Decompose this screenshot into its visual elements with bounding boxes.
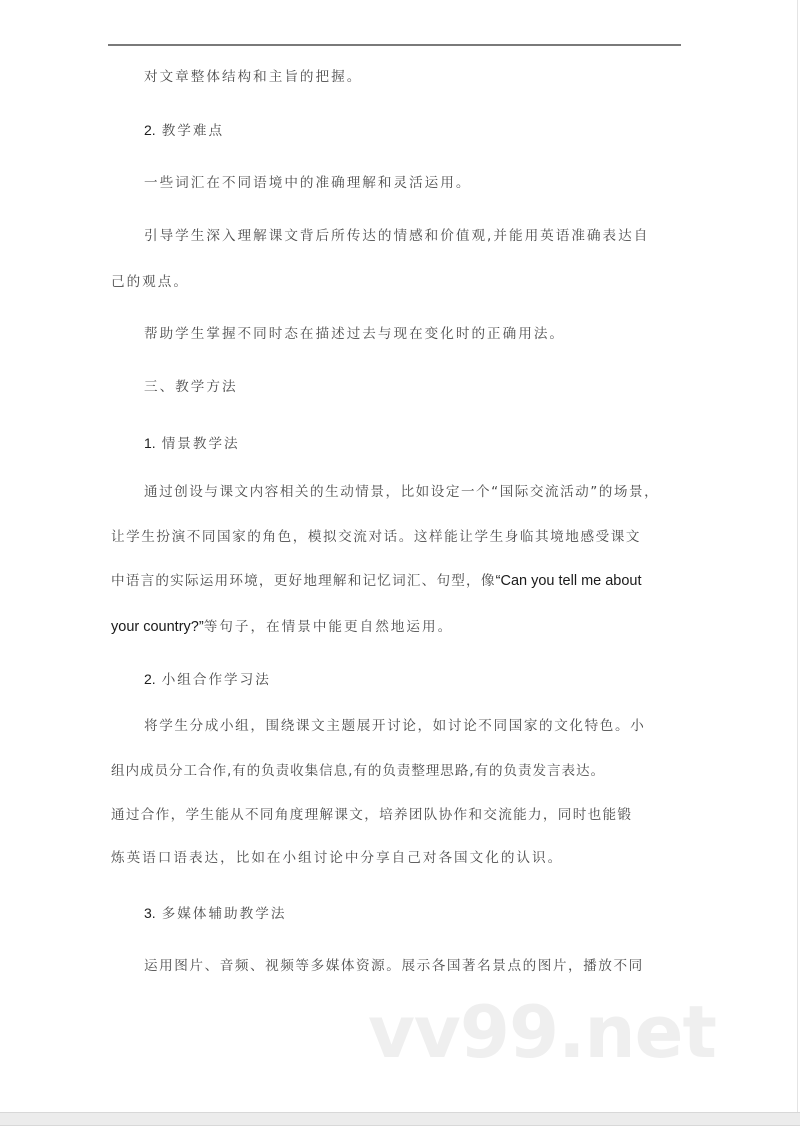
- paragraph-line: 让学生扮演不同国家的角色，模拟交流对话。这样能让学生身临其境地感受课文: [111, 527, 651, 547]
- document-page: 对文章整体结构和主旨的把握。 2.教学难点 一些词汇在不同语境中的准确理解和灵活…: [0, 0, 798, 1112]
- paragraph-line: 对文章整体结构和主旨的把握。: [144, 67, 684, 87]
- heading-number: 2.: [144, 671, 156, 687]
- heading-number: 1.: [144, 435, 156, 451]
- section-heading: 2.小组合作学习法: [144, 669, 684, 690]
- paragraph-line: 将学生分成小组，围绕课文主题展开讨论，如讨论不同国家的文化特色。小: [144, 716, 684, 736]
- section-heading: 3.多媒体辅助教学法: [144, 903, 684, 924]
- heading-number: 3.: [144, 905, 156, 921]
- english-example: your country?”: [111, 619, 204, 635]
- heading-text: 教学难点: [162, 123, 224, 139]
- section-heading: 三、教学方法: [144, 377, 684, 397]
- paragraph-line: 通过创设与课文内容相关的生动情景，比如设定一个“国际交流活动”的场景，: [144, 482, 684, 502]
- page-separator: [0, 1112, 800, 1126]
- heading-number: 2.: [144, 122, 156, 138]
- paragraph-line: 组内成员分工合作,有的负责收集信息,有的负责整理思路,有的负责发言表达。: [111, 761, 651, 781]
- section-heading: 1.情景教学法: [144, 433, 684, 454]
- paragraph-line: 炼英语口语表达，比如在小组讨论中分享自己对各国文化的认识。: [111, 848, 651, 868]
- paragraph-line: 中语言的实际运用环境，更好地理解和记忆词汇、句型，像“Can you tell …: [111, 571, 651, 591]
- heading-text: 小组合作学习法: [162, 672, 271, 688]
- paragraph-line: 帮助学生掌握不同时态在描述过去与现在变化时的正确用法。: [144, 324, 684, 344]
- heading-text: 多媒体辅助教学法: [162, 906, 287, 922]
- paragraph-line: 运用图片、音频、视频等多媒体资源。展示各国著名景点的图片，播放不同: [144, 956, 684, 976]
- english-example: “Can you tell me about: [496, 573, 642, 589]
- section-heading: 2.教学难点: [144, 120, 684, 141]
- paragraph-line: 己的观点。: [111, 272, 651, 292]
- watermark: vv99.net: [368, 996, 716, 1068]
- paragraph-line: 通过合作，学生能从不同角度理解课文，培养团队协作和交流能力，同时也能锻: [111, 805, 651, 825]
- paragraph-text: 中语言的实际运用环境，更好地理解和记忆词汇、句型，像: [111, 573, 496, 589]
- paragraph-line: 引导学生深入理解课文背后所传达的情感和价值观,并能用英语准确表达自: [144, 226, 684, 246]
- heading-text: 情景教学法: [162, 436, 240, 452]
- paragraph-line: your country?”等句子，在情景中能更自然地运用。: [111, 617, 651, 637]
- paragraph-line: 一些词汇在不同语境中的准确理解和灵活运用。: [144, 173, 684, 193]
- paragraph-text: 等句子，在情景中能更自然地运用。: [204, 619, 454, 635]
- header-rule: [108, 44, 681, 46]
